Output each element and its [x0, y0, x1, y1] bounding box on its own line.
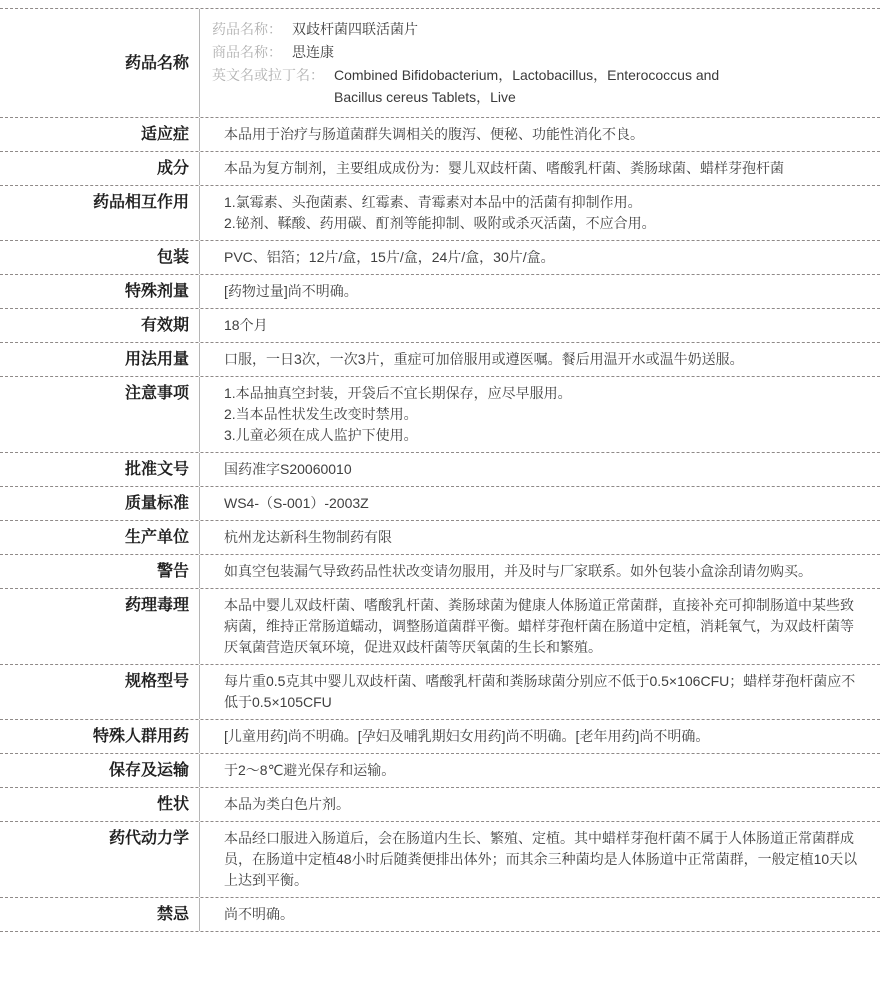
- field-value: 双歧杆菌四联活菌片: [292, 18, 418, 40]
- row-label: 药品相互作用: [0, 186, 200, 240]
- text-line: 尚不明确。: [224, 904, 864, 925]
- row-label: 特殊人群用药: [0, 720, 200, 753]
- table-row: 禁忌 尚不明确。: [0, 897, 880, 931]
- text-line: 1.本品抽真空封装，开袋后不宜长期保存，应尽早服用。: [224, 383, 864, 404]
- drug-info-table: 药品名称 药品名称： 双歧杆菌四联活菌片 商品名称： 思连康 英文名或拉丁名： …: [0, 8, 880, 932]
- row-label: 药代动力学: [0, 822, 200, 897]
- name-field: 商品名称： 思连康: [212, 41, 864, 63]
- text-line: WS4-（S-001）-2003Z: [224, 493, 864, 514]
- text-line: 本品中婴儿双歧杆菌、嗜酸乳杆菌、粪肠球菌为健康人体肠道正常菌群，直接补充可抑制肠…: [224, 595, 864, 658]
- table-row: 有效期 18个月: [0, 308, 880, 342]
- text-line: 于2～8℃避光保存和运输。: [224, 760, 864, 781]
- text-line: 如真空包装漏气导致药品性状改变请勿服用，并及时与厂家联系。如外包装小盒涂刮请勿购…: [224, 561, 864, 582]
- table-row: 包装 PVC、铝箔；12片/盒，15片/盒，24片/盒，30片/盒。: [0, 240, 880, 274]
- table-row: 药理毒理 本品中婴儿双歧杆菌、嗜酸乳杆菌、粪肠球菌为健康人体肠道正常菌群，直接补…: [0, 588, 880, 664]
- field-label: 药品名称：: [212, 18, 282, 40]
- table-row: 适应症 本品用于治疗与肠道菌群失调相关的腹泻、便秘、功能性消化不良。: [0, 117, 880, 151]
- table-row: 药代动力学 本品经口服进入肠道后，会在肠道内生长、繁殖、定植。其中蜡样芽孢杆菌不…: [0, 821, 880, 897]
- row-content: 1.氯霉素、头孢菌素、红霉素、青霉素对本品中的活菌有抑制作用。 2.铋剂、鞣酸、…: [200, 186, 880, 240]
- table-row: 成分 本品为复方制剂，主要组成成份为：婴儿双歧杆菌、嗜酸乳杆菌、粪肠球菌、蜡样芽…: [0, 151, 880, 185]
- table-row: 药品相互作用 1.氯霉素、头孢菌素、红霉素、青霉素对本品中的活菌有抑制作用。 2…: [0, 185, 880, 240]
- row-content: 于2～8℃避光保存和运输。: [200, 754, 880, 787]
- text-line: 本品为复方制剂，主要组成成份为：婴儿双歧杆菌、嗜酸乳杆菌、粪肠球菌、蜡样芽孢杆菌: [224, 158, 864, 179]
- row-label: 适应症: [0, 118, 200, 151]
- row-content: [儿童用药]尚不明确。[孕妇及哺乳期妇女用药]尚不明确。[老年用药]尚不明确。: [200, 720, 880, 753]
- row-label: 成分: [0, 152, 200, 185]
- table-row: 特殊人群用药 [儿童用药]尚不明确。[孕妇及哺乳期妇女用药]尚不明确。[老年用药…: [0, 719, 880, 753]
- row-label: 性状: [0, 788, 200, 821]
- name-field: 药品名称： 双歧杆菌四联活菌片: [212, 18, 864, 40]
- field-value: 思连康: [292, 41, 334, 63]
- row-content: 国药准字S20060010: [200, 453, 880, 486]
- row-label: 有效期: [0, 309, 200, 342]
- field-label: 商品名称：: [212, 41, 282, 63]
- row-content: 本品经口服进入肠道后，会在肠道内生长、繁殖、定植。其中蜡样芽孢杆菌不属于人体肠道…: [200, 822, 880, 897]
- row-content: 杭州龙达新科生物制药有限: [200, 521, 880, 554]
- text-line: 1.氯霉素、头孢菌素、红霉素、青霉素对本品中的活菌有抑制作用。: [224, 192, 864, 213]
- name-field: 英文名或拉丁名： Combined Bifidobacterium，Lactob…: [212, 64, 864, 108]
- row-content: 每片重0.5克其中婴儿双歧杆菌、嗜酸乳杆菌和粪肠球菌分别应不低于0.5×106C…: [200, 665, 880, 719]
- row-label: 保存及运输: [0, 754, 200, 787]
- row-content: 如真空包装漏气导致药品性状改变请勿服用，并及时与厂家联系。如外包装小盒涂刮请勿购…: [200, 555, 880, 588]
- text-line: 口服，一日3次，一次3片，重症可加倍服用或遵医嘱。餐后用温开水或温牛奶送服。: [224, 349, 864, 370]
- row-content: 18个月: [200, 309, 880, 342]
- table-row: 特殊剂量 [药物过量]尚不明确。: [0, 274, 880, 308]
- row-content: [药物过量]尚不明确。: [200, 275, 880, 308]
- text-line: 本品用于治疗与肠道菌群失调相关的腹泻、便秘、功能性消化不良。: [224, 124, 864, 145]
- row-content: 本品为类白色片剂。: [200, 788, 880, 821]
- table-row: 生产单位 杭州龙达新科生物制药有限: [0, 520, 880, 554]
- row-content: 药品名称： 双歧杆菌四联活菌片 商品名称： 思连康 英文名或拉丁名： Combi…: [200, 9, 880, 117]
- table-row: 批准文号 国药准字S20060010: [0, 452, 880, 486]
- table-row: 药品名称 药品名称： 双歧杆菌四联活菌片 商品名称： 思连康 英文名或拉丁名： …: [0, 8, 880, 117]
- text-line: PVC、铝箔；12片/盒，15片/盒，24片/盒，30片/盒。: [224, 247, 864, 268]
- row-label: 批准文号: [0, 453, 200, 486]
- row-label: 特殊剂量: [0, 275, 200, 308]
- row-label: 包装: [0, 241, 200, 274]
- text-line: 每片重0.5克其中婴儿双歧杆菌、嗜酸乳杆菌和粪肠球菌分别应不低于0.5×106C…: [224, 671, 864, 713]
- table-row: 注意事项 1.本品抽真空封装，开袋后不宜长期保存，应尽早服用。 2.当本品性状发…: [0, 376, 880, 452]
- table-row: 保存及运输 于2～8℃避光保存和运输。: [0, 753, 880, 787]
- row-label: 质量标准: [0, 487, 200, 520]
- text-line: [儿童用药]尚不明确。[孕妇及哺乳期妇女用药]尚不明确。[老年用药]尚不明确。: [224, 726, 864, 747]
- row-label: 用法用量: [0, 343, 200, 376]
- row-content: PVC、铝箔；12片/盒，15片/盒，24片/盒，30片/盒。: [200, 241, 880, 274]
- text-line: 3.儿童必须在成人监护下使用。: [224, 425, 864, 446]
- row-content: 本品为复方制剂，主要组成成份为：婴儿双歧杆菌、嗜酸乳杆菌、粪肠球菌、蜡样芽孢杆菌: [200, 152, 880, 185]
- table-row: 规格型号 每片重0.5克其中婴儿双歧杆菌、嗜酸乳杆菌和粪肠球菌分别应不低于0.5…: [0, 664, 880, 719]
- text-line: 2.当本品性状发生改变时禁用。: [224, 404, 864, 425]
- text-line: 18个月: [224, 315, 864, 336]
- row-label: 药品名称: [0, 9, 200, 117]
- field-value: Combined Bifidobacterium，Lactobacillus，E…: [334, 64, 746, 108]
- text-line: 国药准字S20060010: [224, 459, 864, 480]
- text-line: [药物过量]尚不明确。: [224, 281, 864, 302]
- row-label: 警告: [0, 555, 200, 588]
- row-content: 1.本品抽真空封装，开袋后不宜长期保存，应尽早服用。 2.当本品性状发生改变时禁…: [200, 377, 880, 452]
- row-content: 口服，一日3次，一次3片，重症可加倍服用或遵医嘱。餐后用温开水或温牛奶送服。: [200, 343, 880, 376]
- table-row: 质量标准 WS4-（S-001）-2003Z: [0, 486, 880, 520]
- row-label: 规格型号: [0, 665, 200, 719]
- text-line: 杭州龙达新科生物制药有限: [224, 527, 864, 548]
- text-line: 本品为类白色片剂。: [224, 794, 864, 815]
- table-row: 性状 本品为类白色片剂。: [0, 787, 880, 821]
- row-content: 本品用于治疗与肠道菌群失调相关的腹泻、便秘、功能性消化不良。: [200, 118, 880, 151]
- row-content: WS4-（S-001）-2003Z: [200, 487, 880, 520]
- text-line: 2.铋剂、鞣酸、药用碳、酊剂等能抑制、吸附或杀灭活菌，不应合用。: [224, 213, 864, 234]
- row-label: 生产单位: [0, 521, 200, 554]
- row-label: 注意事项: [0, 377, 200, 452]
- field-label: 英文名或拉丁名：: [212, 64, 324, 108]
- drug-info-page: 药品名称 药品名称： 双歧杆菌四联活菌片 商品名称： 思连康 英文名或拉丁名： …: [0, 0, 880, 990]
- row-content: 尚不明确。: [200, 898, 880, 931]
- row-label: 禁忌: [0, 898, 200, 931]
- table-row: 警告 如真空包装漏气导致药品性状改变请勿服用，并及时与厂家联系。如外包装小盒涂刮…: [0, 554, 880, 588]
- row-content: 本品中婴儿双歧杆菌、嗜酸乳杆菌、粪肠球菌为健康人体肠道正常菌群，直接补充可抑制肠…: [200, 589, 880, 664]
- row-label: 药理毒理: [0, 589, 200, 664]
- text-line: 本品经口服进入肠道后，会在肠道内生长、繁殖、定植。其中蜡样芽孢杆菌不属于人体肠道…: [224, 828, 864, 891]
- table-row: 用法用量 口服，一日3次，一次3片，重症可加倍服用或遵医嘱。餐后用温开水或温牛奶…: [0, 342, 880, 376]
